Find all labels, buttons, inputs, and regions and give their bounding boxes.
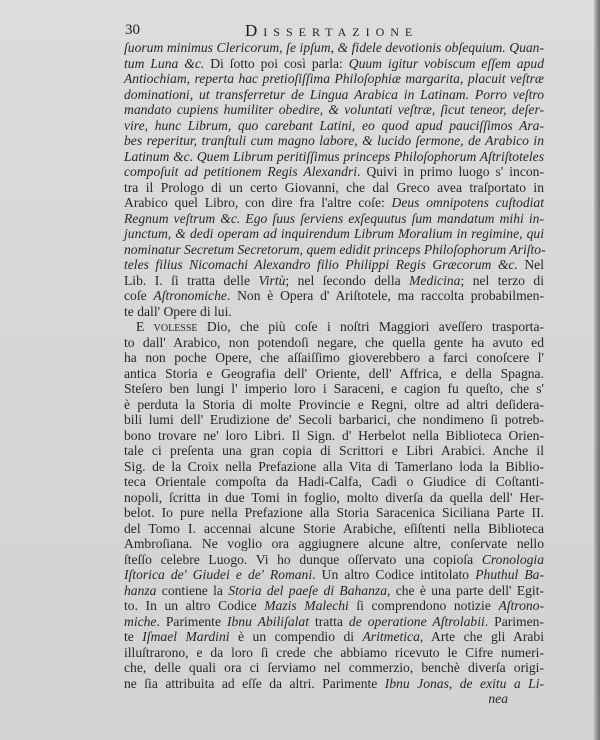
text-line: hanza contiene la Storia del paeſe di Ba… — [124, 583, 544, 599]
text-segment: Arabico quel Libro, con dire fra l'altre… — [124, 195, 392, 210]
text-segment: Aritmetica — [363, 629, 420, 644]
text-segment: to dall' Arabico, non potendoſi negare, … — [124, 335, 544, 350]
text-segment: nopoli, ſcritta in due Tomi in foglio, m… — [124, 490, 544, 505]
text-segment: ſteſſo celebre Luogo. Vi ho dunque oſſer… — [124, 552, 482, 567]
text-segment: miche — [124, 614, 156, 629]
text-segment: Sig. de la Croix nella Prefazione alla V… — [124, 459, 544, 474]
page-edge — [594, 0, 600, 740]
text-line: Arabico quel Libro, con dire fra l'altre… — [124, 195, 544, 211]
text-line: è perduta la Storia di molte Provincie e… — [124, 397, 544, 413]
text-line: tale ci preſenta una gran copia di Scrit… — [124, 443, 544, 459]
text-segment: Aſtronomiche — [153, 288, 227, 303]
text-line: bes reperitur, tranſtuli cum magno labor… — [124, 133, 544, 149]
text-segment: Iſmael Mardini — [142, 629, 229, 644]
text-line: nopoli, ſcritta in due Tomi in foglio, m… — [124, 490, 544, 506]
book-page: 30 Dissertazione ſuorum minimus Clericor… — [0, 0, 595, 740]
text-segment: bono trovare ne' loro Libri. Il Sign. d'… — [124, 428, 544, 443]
text-segment: coſe — [124, 288, 153, 303]
text-line: junctum, & dedi operam ad inquirendum Li… — [124, 226, 544, 242]
text-line: compoſuit ad petitionem Regis Alexandri.… — [124, 164, 544, 180]
text-line: teca Orientale compoſta da Hadi-Calfa, C… — [124, 474, 544, 490]
text-line: mandato cupiens humiliter obedire, & vol… — [124, 102, 544, 118]
text-line: teles filius Nicomachi Alexandro filio P… — [124, 257, 544, 273]
text-segment: . Non è Opera d' Ariſtotele, ma raccolta… — [227, 288, 544, 303]
text-line: Lib. I. ſi tratta delle Virtù; nel ſecon… — [124, 273, 544, 289]
text-segment: , — [449, 676, 460, 691]
text-segment: Mazis Malechi — [264, 598, 349, 613]
text-segment: Virtù — [258, 273, 285, 288]
text-line: ſteſſo celebre Luogo. Vi ho dunque oſſer… — [124, 552, 544, 568]
text-segment: Latinum &c. Quem Librum peritiſſimus pri… — [124, 149, 544, 164]
text-line: bili lumi dell' Erudizione de' Secoli ba… — [124, 412, 544, 428]
text-segment: mandato cupiens humiliter obedire, & vol… — [124, 102, 544, 117]
text-segment: Quum igitur vobiscum eſſem apud — [349, 56, 544, 71]
text-line: to dall' Arabico, non potendoſi negare, … — [124, 335, 544, 351]
text-segment: Medicina — [409, 273, 460, 288]
text-segment: Cronologia — [482, 552, 544, 567]
text-segment: ſi comprendono notizie — [349, 598, 499, 613]
text-segment: Iſtorica de' Giudei e de' Romani — [124, 567, 312, 582]
text-line: belot. Io pure nella Prefazione alla Sto… — [124, 505, 544, 521]
text-segment: . Parimente — [156, 614, 227, 629]
text-segment: ; nel terzo di — [460, 273, 544, 288]
text-segment: bes reperitur, tranſtuli cum magno labor… — [124, 133, 544, 148]
text-segment: tratta — [309, 614, 349, 629]
text-segment: tra il Prologo di un certo Giovanni, che… — [124, 180, 544, 195]
text-segment: Phuthul Ba- — [475, 567, 544, 582]
text-line: illuſtrarono, e da loro ſi crede che abb… — [124, 645, 544, 661]
text-segment: Ibnu Abiliſalat — [227, 614, 309, 629]
running-title: Dissertazione — [245, 21, 418, 41]
text-segment: ſuorum minimus Clericorum, ſe ipſum, & f… — [124, 40, 544, 55]
text-segment: è perduta la Storia di molte Provincie e… — [124, 397, 544, 412]
text-segment: Regnum veſtrum &c. Ego ſuus ſerviens exſ… — [124, 211, 544, 226]
text-line: to. In un altro Codice Mazis Malechi ſi … — [124, 598, 544, 614]
text-segment: belot. Io pure nella Prefazione alla Sto… — [124, 505, 544, 520]
text-segment: to. In un altro Codice — [124, 598, 264, 613]
text-line: Iſtorica de' Giudei e de' Romani. Un alt… — [124, 567, 544, 583]
text-segment: . Quivi in primo luogo s' incon- — [357, 164, 544, 179]
text-line: ne ſia attribuita ad eſſe da altri. Pari… — [124, 676, 544, 692]
text-segment: Lib. I. ſi tratta delle — [124, 273, 258, 288]
text-line: dominationi, ut transferretur de Lingua … — [124, 87, 544, 103]
text-line: Regnum veſtrum &c. Ego ſuus ſerviens exſ… — [124, 211, 544, 227]
text-line: che, delle quali ora ci ſerviamo nel com… — [124, 660, 544, 676]
text-segment: hanza — [124, 583, 156, 598]
text-segment: tum Luna &c. — [124, 56, 204, 71]
text-segment: . Un altro Codice intitolato — [312, 567, 475, 582]
text-line: tra il Prologo di un certo Giovanni, che… — [124, 180, 544, 196]
text-segment: compoſuit ad petitionem Regis Alexandri — [124, 164, 357, 179]
body-text: ſuorum minimus Clericorum, ſe ipſum, & f… — [124, 40, 544, 707]
text-segment: Ambroſiana. Ne voglio ora aggiugnere alc… — [124, 536, 544, 551]
text-line: E volesse Dio, che più coſe i noſtri Mag… — [124, 319, 544, 335]
text-segment: de operatione Aſtrolabii — [349, 614, 485, 629]
text-line: bono trovare ne' loro Libri. Il Sign. d'… — [124, 428, 544, 444]
text-segment: ; nel ſecondo della — [285, 273, 409, 288]
text-segment: Di ſotto poi così parla: — [204, 56, 348, 71]
text-segment: è un compendio di — [230, 629, 363, 644]
catchword: nea — [124, 691, 544, 707]
text-line: Latinum &c. Quem Librum peritiſſimus pri… — [124, 149, 544, 165]
text-line: nominatur Secretum Secretorum, quem edid… — [124, 242, 544, 258]
text-line: te dall' Opere di lui. — [124, 304, 544, 320]
text-segment: nominatur Secretum Secretorum, quem edid… — [124, 242, 546, 257]
text-segment: antica Storia e Geografia dell' Oriente,… — [124, 366, 544, 381]
text-segment: te — [124, 629, 142, 644]
text-segment: teles filius Nicomachi Alexandro filio P… — [124, 257, 518, 272]
text-line: ſuorum minimus Clericorum, ſe ipſum, & f… — [124, 40, 544, 56]
text-segment: Steſero ben lungi l' imperio loro i Sara… — [124, 381, 544, 396]
text-segment: ha non poche Opere, che aſſaiſſimo giove… — [124, 350, 544, 365]
text-segment: bili lumi dell' Erudizione de' Secoli ba… — [124, 412, 544, 427]
text-line: Sig. de la Croix nella Prefazione alla V… — [124, 459, 544, 475]
text-line: Steſero ben lungi l' imperio loro i Sara… — [124, 381, 544, 397]
text-segment: junctum, & dedi operam ad inquirendum Li… — [124, 226, 544, 241]
text-segment: Deus omnipotens cuſtodiat — [392, 195, 544, 210]
text-line: vire, hunc Librum, quo carebant Latini, … — [124, 118, 544, 134]
page-number: 30 — [125, 22, 140, 39]
text-segment: , che è una parte dell' Egit- — [387, 583, 544, 598]
text-segment: Antiochiam, reperta hac pretioſiſſima Ph… — [124, 71, 544, 86]
text-segment: che, delle quali ora ci ſerviamo nel com… — [124, 660, 544, 675]
text-segment: E volesse — [136, 319, 198, 334]
text-line: Antiochiam, reperta hac pretioſiſſima Ph… — [124, 71, 544, 87]
text-segment: contiene la — [156, 583, 228, 598]
text-segment: te dall' Opere di lui. — [124, 304, 232, 319]
text-segment: tale ci preſenta una gran copia di Scrit… — [124, 443, 544, 458]
text-line: te Iſmael Mardini è un compendio di Arit… — [124, 629, 544, 645]
text-segment: del Tomo I. accennai alcune Storie Arabi… — [124, 521, 544, 536]
text-segment: Dio, che più coſe i noſtri Maggiori aveſ… — [198, 319, 544, 334]
text-segment: de exitu a Li- — [460, 676, 544, 691]
text-segment: Nel — [518, 257, 544, 272]
text-segment: Storia del paeſe di Bahanza — [228, 583, 387, 598]
text-segment: vire, hunc Librum, quo carebant Latini, … — [124, 118, 544, 133]
text-segment: teca Orientale compoſta da Hadi-Calfa, C… — [124, 474, 544, 489]
text-line: tum Luna &c. Di ſotto poi così parla: Qu… — [124, 56, 544, 72]
text-segment: Ibnu Jonas — [385, 676, 449, 691]
text-segment: illuſtrarono, e da loro ſi crede che abb… — [124, 645, 544, 660]
text-line: del Tomo I. accennai alcune Storie Arabi… — [124, 521, 544, 537]
text-line: antica Storia e Geografia dell' Oriente,… — [124, 366, 544, 382]
text-line: miche. Parimente Ibnu Abiliſalat tratta … — [124, 614, 544, 630]
text-segment: ne ſia attribuita ad eſſe da altri. Pari… — [124, 676, 385, 691]
text-line: coſe Aſtronomiche. Non è Opera d' Ariſto… — [124, 288, 544, 304]
text-segment: . Parimen- — [485, 614, 544, 629]
text-segment: , Arte che gli Arabi — [420, 629, 544, 644]
text-line: ha non poche Opere, che aſſaiſſimo giove… — [124, 350, 544, 366]
text-segment: Aſtrono- — [498, 598, 544, 613]
text-segment: dominationi, ut transferretur de Lingua … — [124, 87, 544, 102]
text-line: Ambroſiana. Ne voglio ora aggiugnere alc… — [124, 536, 544, 552]
